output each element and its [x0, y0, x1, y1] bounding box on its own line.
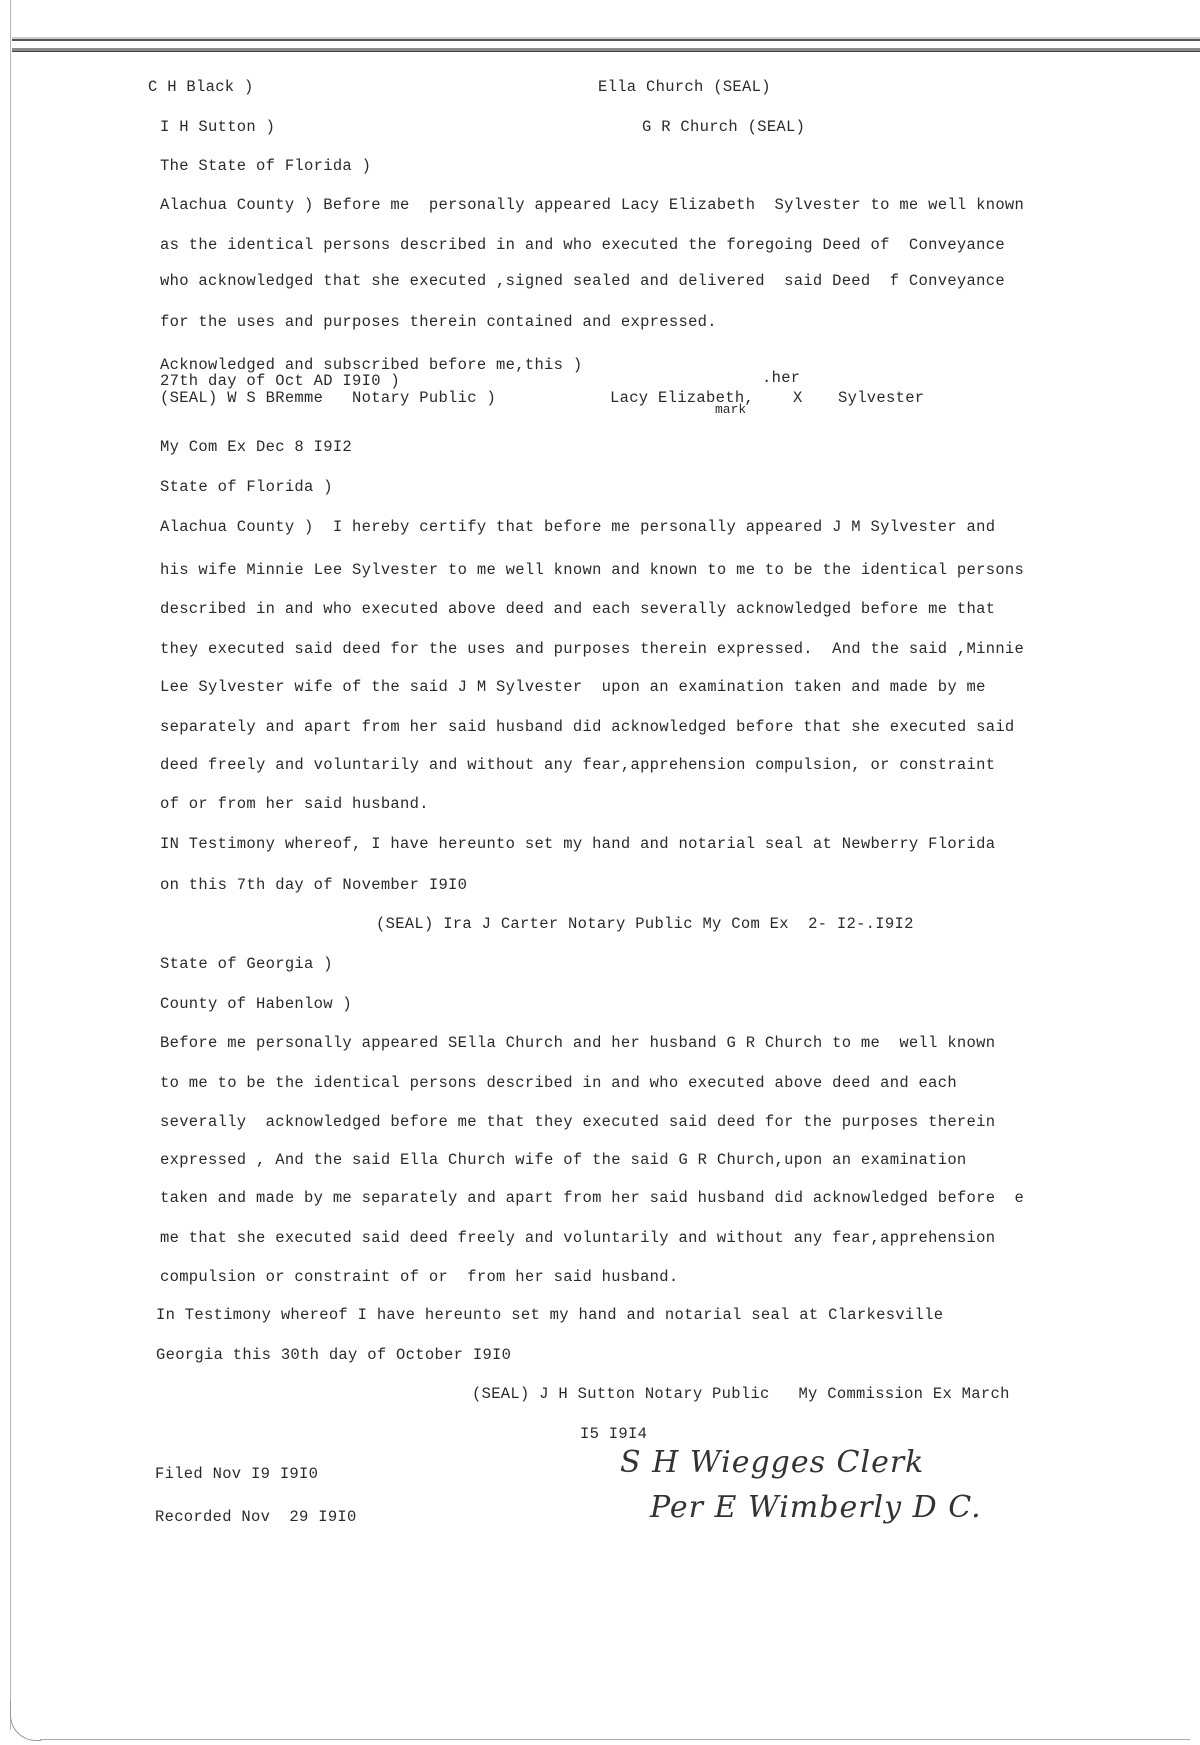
recorded-date: Recorded Nov 29 I9I0 — [155, 1508, 357, 1526]
ga-notary: (SEAL) J H Sutton Notary Public My Commi… — [472, 1385, 1010, 1403]
ack2-line-5: Lee Sylvester wife of the said J M Sylve… — [160, 678, 986, 696]
ga-line-2: to me to be the identical persons descri… — [160, 1074, 957, 1092]
witness-2: I H Sutton ) — [160, 118, 275, 136]
venue-state-georgia: State of Georgia ) — [160, 955, 333, 973]
clerk-signature-line-2: Per E Wimberly D C. — [650, 1490, 982, 1525]
witness-1: C H Black ) — [148, 78, 254, 96]
ga-line-1: Before me personally appeared SElla Chur… — [160, 1034, 995, 1052]
ga-notary-date: I5 I9I4 — [580, 1425, 647, 1443]
venue-county-georgia: County of Habenlow ) — [160, 995, 352, 1013]
ga-testimony-2: Georgia this 30th day of October I9I0 — [156, 1346, 511, 1364]
ack2-line-6: separately and apart from her said husba… — [160, 718, 1015, 736]
venue-state-florida-2: State of Florida ) — [160, 478, 333, 496]
ack2-notary: (SEAL) Ira J Carter Notary Public My Com… — [376, 915, 914, 933]
ack2-line-2: his wife Minnie Lee Sylvester to me well… — [160, 561, 1024, 579]
ack1-date-line: 27th day of Oct AD I9I0 ) — [160, 372, 400, 390]
signer-surname: Sylvester — [838, 389, 924, 407]
ga-line-3: severally acknowledged before me that th… — [160, 1113, 995, 1131]
ack2-line-7: deed freely and voluntarily and without … — [160, 756, 995, 774]
ack2-line-1: Alachua County ) I hereby certify that b… — [160, 518, 995, 536]
ack1-notary-line: (SEAL) W S BRemme Notary Public ) — [160, 389, 496, 407]
ga-line-4: expressed , And the said Ella Church wif… — [160, 1151, 967, 1169]
signatory-2: G R Church (SEAL) — [642, 118, 805, 136]
page-bottom-edge — [40, 1739, 1190, 1740]
ga-line-6: me that she executed said deed freely an… — [160, 1229, 995, 1247]
filed-date: Filed Nov I9 I9I0 — [155, 1465, 318, 1483]
mark-label: mark — [715, 402, 746, 417]
her-label: .her — [762, 369, 800, 387]
ack1-commission: My Com Ex Dec 8 I9I2 — [160, 438, 352, 456]
ack1-line-1: Alachua County ) Before me personally ap… — [160, 196, 1024, 214]
ack2-line-3: described in and who executed above deed… — [160, 600, 995, 618]
ga-line-5: taken and made by me separately and apar… — [160, 1189, 1024, 1207]
mark-x: X — [793, 389, 803, 407]
header-rule-top — [12, 39, 1200, 41]
ack1-line-4: for the uses and purposes therein contai… — [160, 313, 717, 331]
ack1-line-3: who acknowledged that she executed ,sign… — [160, 272, 1005, 290]
header-rule-bottom-line — [12, 51, 1200, 52]
ack2-line-4: they executed said deed for the uses and… — [160, 640, 1024, 658]
ack2-testimony-1: IN Testimony whereof, I have hereunto se… — [160, 835, 995, 853]
page-left-edge — [10, 0, 11, 1730]
venue-state-florida-1: The State of Florida ) — [160, 157, 371, 175]
signatory-1: Ella Church (SEAL) — [598, 78, 771, 96]
page-corner-curl — [10, 1700, 41, 1741]
ack2-testimony-2: on this 7th day of November I9I0 — [160, 876, 467, 894]
ga-testimony-1: In Testimony whereof I have hereunto set… — [156, 1306, 943, 1324]
ga-line-7: compulsion or constraint of or from her … — [160, 1268, 678, 1286]
clerk-signature-line-1: S H Wiegges Clerk — [620, 1445, 924, 1480]
ack1-line-2: as the identical persons described in an… — [160, 236, 1005, 254]
ack2-line-8: of or from her said husband. — [160, 795, 429, 813]
